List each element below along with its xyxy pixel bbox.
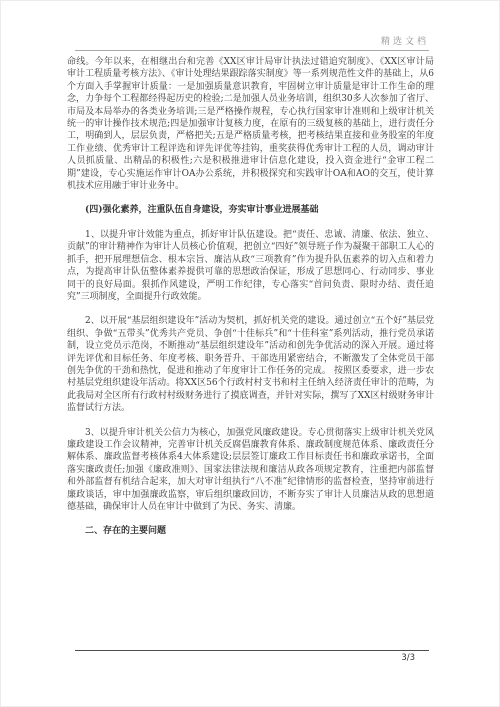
paragraph-item-3: 3、以提升审计机关公信力为核心，加强党风廉政建设。专心贯彻落实上级审计机关党风廉… <box>67 427 434 514</box>
document-page: 精选文档 命线。今年以来，在相继出台和完善《XX区审计局审计执法过错追究制度》、… <box>0 0 500 707</box>
header-watermark-label: 精选文档 <box>75 34 429 47</box>
footer-rule <box>75 650 429 651</box>
page-number: 3/3 <box>75 653 429 663</box>
paragraph-item-1: 1、以提升审计效能为重点，抓好审计队伍建设。把“责任、忠诚、清廉、依法、独立、贡… <box>67 229 434 303</box>
section-heading-si: (四)强化素养，注重队伍自身建设，夯实审计事业进展基础 <box>67 204 434 216</box>
section-heading-problems: 二、存在的主要问题 <box>67 525 434 537</box>
paragraph-item-2: 2、以开展“基层组织建设年”活动为契机，抓好机关党的建设。通过创立“五个好”基层… <box>67 315 434 414</box>
paragraph-continuation: 命线。今年以来，在相继出台和完善《XX区审计局审计执法过错追究制度》、《XX区审… <box>67 56 434 192</box>
page-header: 精选文档 <box>75 1 429 51</box>
document-body: 命线。今年以来，在相继出台和完善《XX区审计局审计执法过错追究制度》、《XX区审… <box>67 56 434 550</box>
header-rule <box>75 50 429 51</box>
page-footer: 3/3 <box>75 650 429 663</box>
